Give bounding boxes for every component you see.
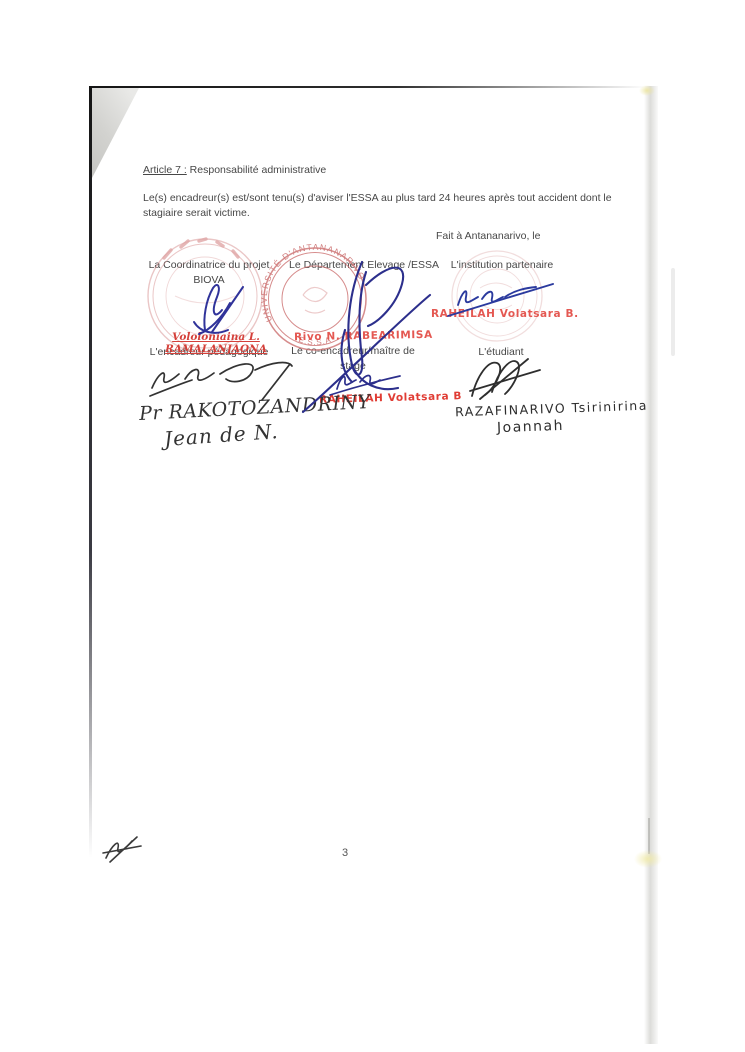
coordinator-title-line1: La Coordinatrice du projet [134,258,284,273]
bottom-initials-signature [103,837,141,862]
student-handwritten-name: RAZAFINARIVO Tsirinirina [455,398,648,420]
page-corner-fold [92,88,139,178]
signatures-layer [0,0,745,1052]
article-body-line2: stagiaire serait victime. [143,206,613,221]
pedagogical-supervisor-signature [150,363,292,400]
cosupervisor-stamped-name: Rivo N. RABEARIMISA [294,329,433,343]
department-role: Le co-encadreur/maître de stage [288,344,418,374]
ink-stamps-layer: UNIVERSITÉ D'ANTANANARIVO E.S.S.A [0,0,745,1052]
student-role: L'étudiant [466,345,536,360]
date-place-line: Fait à Antananarivo, le [436,229,540,244]
page-top-edge-shadow [89,86,646,88]
partner-title: L'institution partenaire [448,258,556,273]
coordinator-title-line2: BIOVA [134,273,284,288]
article-heading-number: Article 7 : [143,164,187,176]
article-body-line1: Le(s) encadreur(s) est/sont tenu(s) d'av… [143,191,613,206]
scan-artifact-streak [671,268,675,356]
coordinator-title: La Coordinatrice du projet BIOVA [134,258,284,288]
student-handwritten-name2: Joannah [497,418,565,436]
coordinator-signature [194,285,243,334]
article-heading: Article 7 : Responsabilité administrativ… [143,163,326,178]
department-role-line2: stage [288,359,418,374]
page-number: 3 [342,846,348,861]
article-heading-title: Responsabilité administrative [187,164,326,176]
coordinator-stamped-name: Vololoniaina L. RAMALANJAONA [128,331,304,355]
department-title: Le Département Elevage /ESSA [285,258,443,273]
scanned-document-page: Article 7 : Responsabilité administrativ… [0,0,745,1052]
partner-signatory-stamped-name: RAHEILAH Volatsara B. [431,308,579,320]
department-role-line1: Le co-encadreur/maître de [288,344,418,359]
article-body: Le(s) encadreur(s) est/sont tenu(s) d'av… [143,191,613,221]
pedagogical-supervisor-handwritten-name2: Jean de N. [163,419,279,451]
scan-smudge [634,850,662,868]
scan-smudge [639,85,655,96]
page-left-edge-shadow [89,86,92,858]
scan-artifact-line [648,818,650,854]
student-signature [470,359,540,399]
page-right-edge-shadow [644,86,658,1044]
